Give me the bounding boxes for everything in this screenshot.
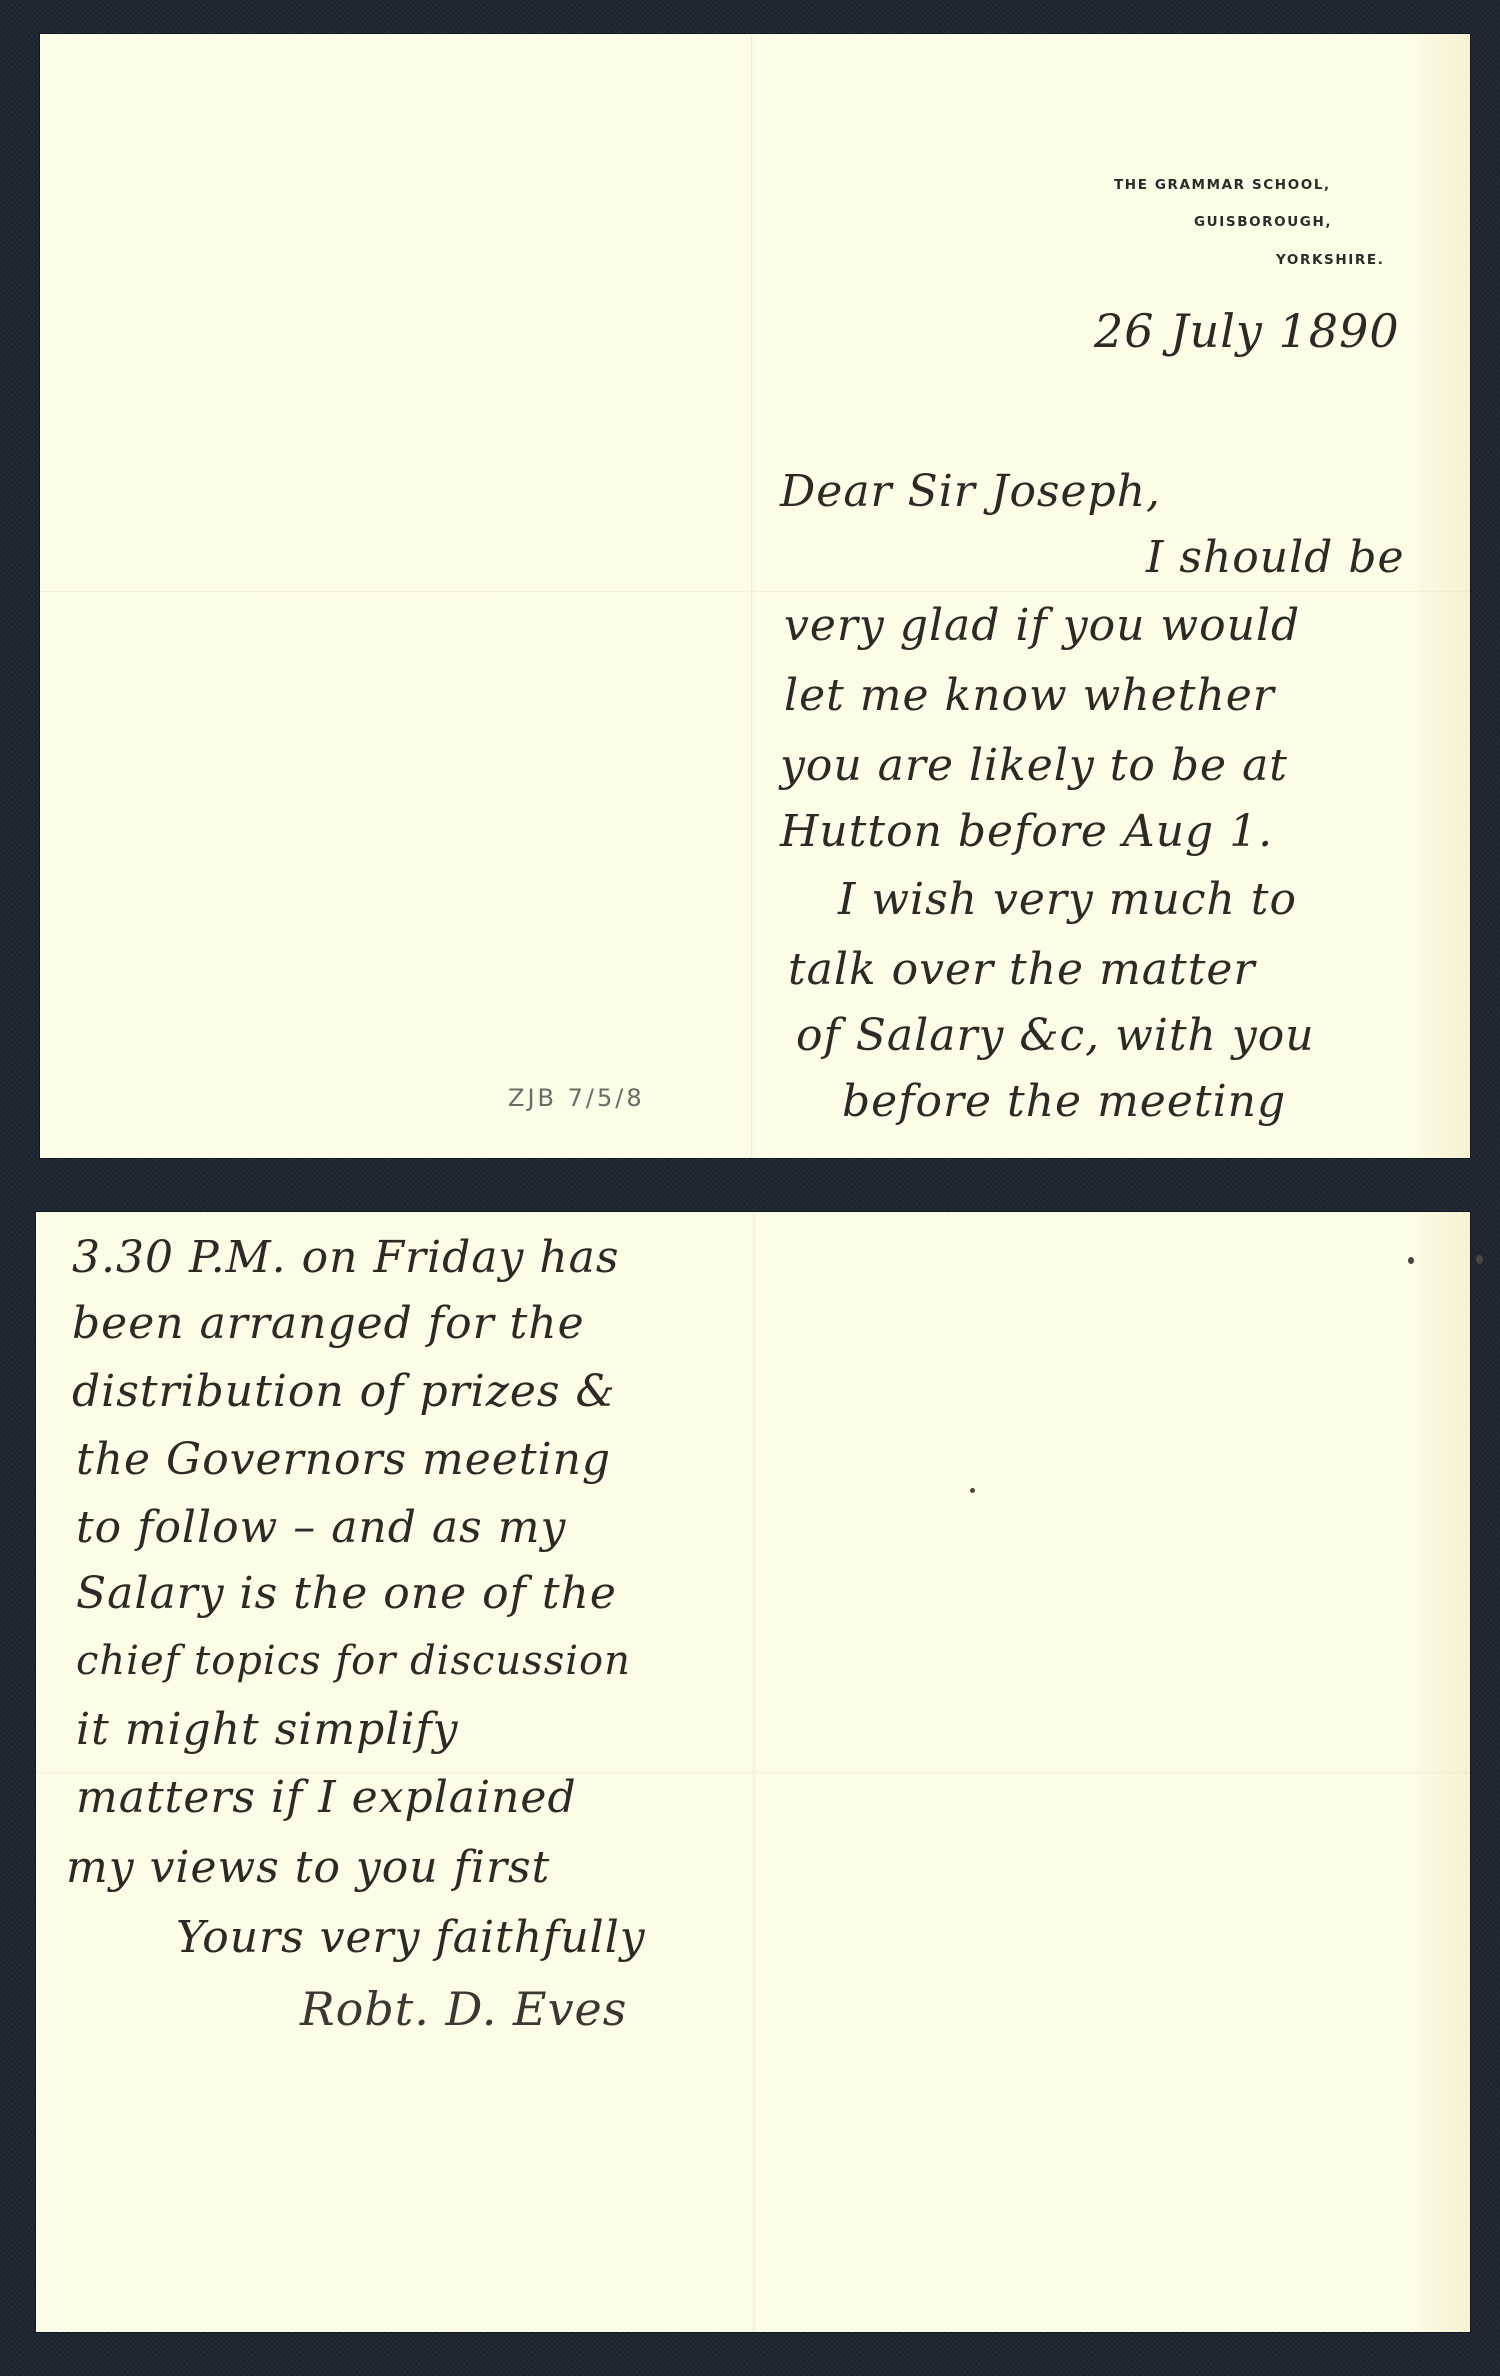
- letter-line: the Governors meeting: [76, 1434, 611, 1485]
- top-sheet: ZJB 7/5/8 THE GRAMMAR SCHOOL, GUISBOROUG…: [40, 34, 1470, 1158]
- letter-line: very glad if you would: [784, 600, 1300, 651]
- letter-line: I wish very much to: [838, 874, 1297, 925]
- letter-line: of Salary &c, with you: [796, 1010, 1315, 1061]
- letter-line: my views to you first: [66, 1842, 550, 1893]
- ink-dot-icon: [970, 1488, 975, 1493]
- letter-line: to follow – and as my: [76, 1502, 566, 1553]
- ink-mark-icon: [1408, 1257, 1414, 1264]
- top-right-page: THE GRAMMAR SCHOOL, GUISBOROUGH, YORKSHI…: [754, 34, 1470, 1158]
- letter-line: you are likely to be at: [780, 740, 1288, 791]
- letterhead-town: GUISBOROUGH,: [1194, 214, 1332, 230]
- letter-line: talk over the matter: [788, 944, 1255, 995]
- letter-line: been arranged for the: [72, 1298, 585, 1349]
- letterhead-school: THE GRAMMAR SCHOOL,: [1114, 177, 1331, 193]
- letter-line: it might simplify: [76, 1704, 459, 1755]
- letterhead-county: YORKSHIRE.: [1276, 252, 1384, 268]
- signature: Robt. D. Eves: [300, 1982, 627, 2036]
- top-left-page: ZJB 7/5/8: [40, 34, 751, 1158]
- letter-line: matters if I explained: [76, 1772, 577, 1823]
- letter-date: 26 July 1890: [1094, 304, 1400, 358]
- letter-line: let me know whether: [784, 670, 1275, 721]
- ink-mark-icon: [1476, 1255, 1483, 1264]
- letter-line: I should be: [1146, 532, 1405, 583]
- archive-reference: ZJB 7/5/8: [508, 1084, 645, 1112]
- letter-line: chief topics for discussion: [76, 1638, 631, 1684]
- closing: Yours very faithfully: [176, 1912, 646, 1963]
- letter-line: before the meeting: [842, 1076, 1286, 1127]
- bottom-right-page: [756, 1212, 1470, 2332]
- letter-line: 3.30 P.M. on Friday has: [72, 1232, 620, 1283]
- bottom-sheet: 3.30 P.M. on Friday has been arranged fo…: [36, 1212, 1470, 2332]
- letter-line: distribution of prizes &: [72, 1366, 616, 1417]
- salutation: Dear Sir Joseph,: [780, 466, 1161, 517]
- bottom-left-page: 3.30 P.M. on Friday has been arranged fo…: [36, 1212, 753, 2332]
- letter-line: Salary is the one of the: [76, 1568, 617, 1619]
- letter-line: Hutton before Aug 1.: [780, 806, 1273, 857]
